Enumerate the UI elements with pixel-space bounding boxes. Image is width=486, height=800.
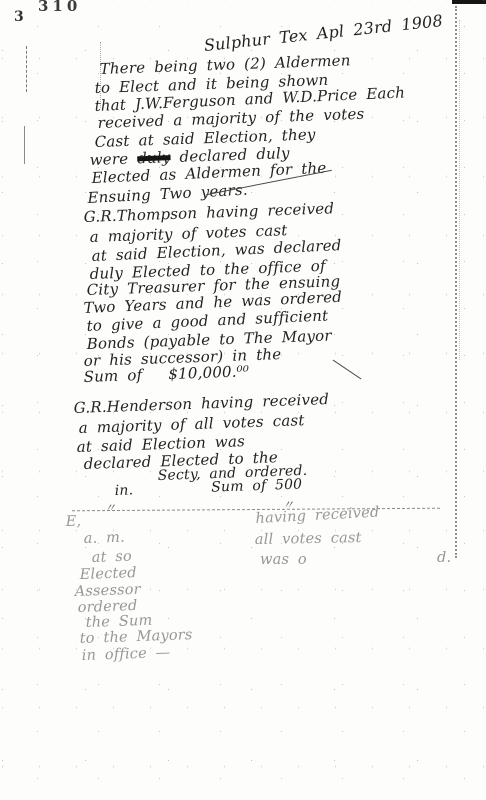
faded-fragment: at so — [91, 549, 132, 566]
line-pre: were — [89, 149, 137, 169]
faded-fragment: in office — — [81, 645, 170, 664]
dateline: Sulphur Tex Apl 23rd 1908 — [203, 11, 444, 55]
binding-edge-dots — [455, 6, 457, 558]
ditto-mark: 〃 — [104, 499, 116, 516]
faded-fragment: d. — [437, 550, 451, 566]
margin-number: 3 — [14, 9, 24, 25]
sum-label: Sum of — [83, 366, 142, 386]
binding-edge-dots-faint — [459, 20, 460, 360]
faded-fragment: was o — [260, 552, 307, 568]
faded-fragment: a. m. — [83, 530, 125, 547]
struck-word: duly — [137, 148, 171, 167]
secty-amount: Sum of 500 — [211, 476, 303, 495]
secty-sum-line: in.Sum of 500 — [114, 476, 302, 499]
left-margin-line — [24, 126, 25, 164]
faded-fragment: to the Mayors — [79, 627, 192, 647]
sum-label: in. — [114, 482, 133, 499]
scanned-minutes-page: 310 3 Sulphur Tex Apl 23rd 1908 There be… — [0, 0, 486, 800]
bond-amount: $10,000.⁰⁰ — [168, 362, 249, 383]
pen-flourish — [333, 360, 362, 380]
scan-corner-mark — [452, 0, 486, 4]
faded-fragment: Elected — [79, 565, 137, 583]
page-number: 310 — [38, 0, 81, 15]
faded-fragment: all votes cast — [255, 530, 362, 548]
left-margin-dash — [26, 46, 27, 92]
faded-fragment: E, — [65, 513, 81, 530]
